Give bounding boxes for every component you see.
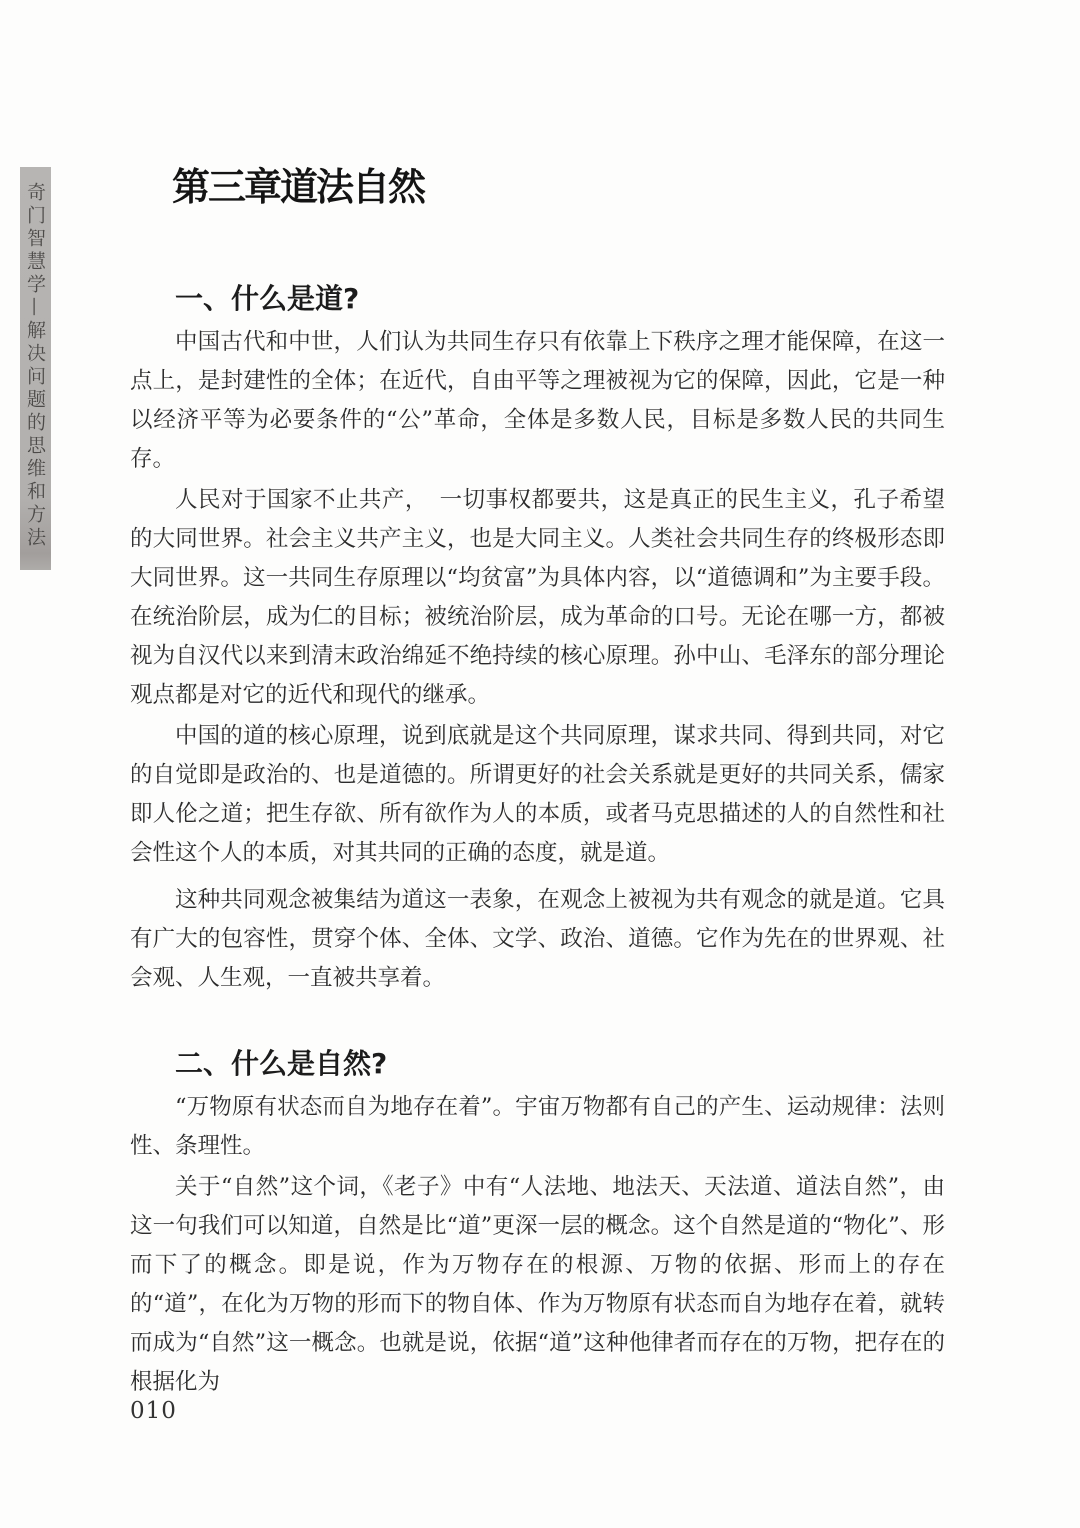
paragraph: 中国的道的核心原理，说到底就是这个共同原理，谋求共同、得到共同，对它的自觉即是政… <box>130 717 945 873</box>
page-content: 第三章道法自然 一、什么是道? 中国古代和中世，人们认为共同生存只有依靠上下秩序… <box>130 0 945 1404</box>
chapter-title: 第三章道法自然 <box>172 163 945 211</box>
paragraph: “万物原有状态而自为地存在着”。宇宙万物都有自己的产生、运动规律：法则性、条理性… <box>130 1088 945 1166</box>
paragraph: 人民对于国家不止共产， 一切事权都要共，这是真正的民生主义，孔子希望的大同世界。… <box>130 481 945 715</box>
page-number: 010 <box>130 1398 177 1424</box>
sidebar-vertical-book-title: 奇门智慧学—解决问题的思维和方法 <box>22 182 49 550</box>
book-page: 奇门智慧学—解决问题的思维和方法 第三章道法自然 一、什么是道? 中国古代和中世… <box>0 0 1080 1528</box>
paragraph: 中国古代和中世，人们认为共同生存只有依靠上下秩序之理才能保障，在这一点上，是封建… <box>130 323 945 479</box>
sidebar-strip: 奇门智慧学—解决问题的思维和方法 <box>20 167 51 570</box>
section-heading-what-is-dao: 一、什么是道? <box>175 281 945 317</box>
paragraph: 关于“自然”这个词，《老子》中有“人法地、地法天、天法道、道法自然”，由这一句我… <box>130 1168 945 1402</box>
section-heading-what-is-nature: 二、什么是自然? <box>175 1046 945 1082</box>
paragraph: 这种共同观念被集结为道这一表象，在观念上被视为共有观念的就是道。它具有广大的包容… <box>130 881 945 998</box>
